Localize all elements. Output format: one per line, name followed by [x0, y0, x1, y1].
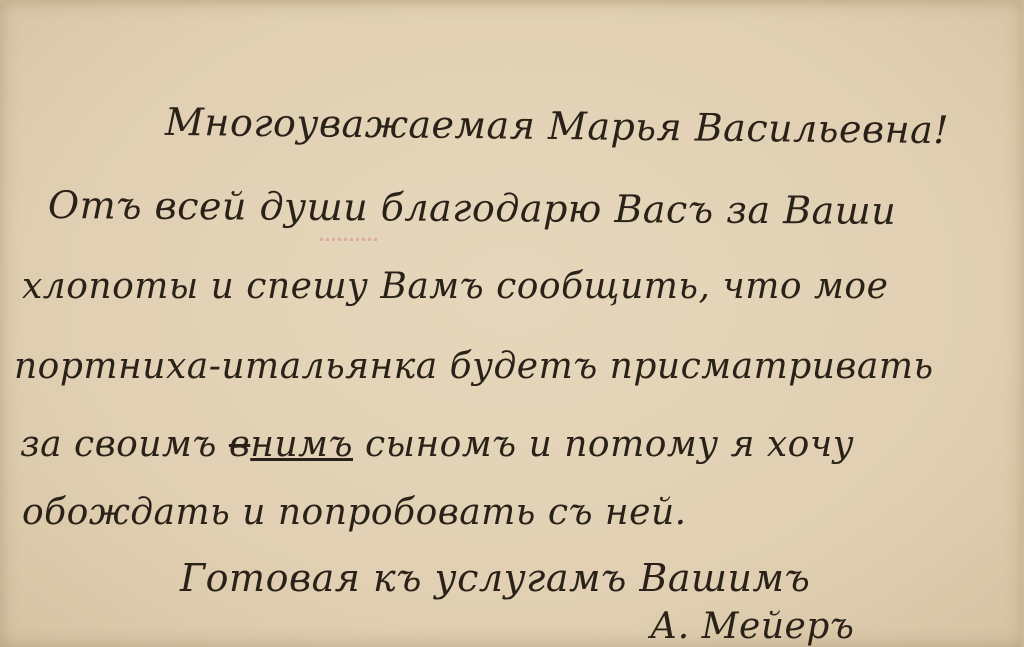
body-line-3: портниха-итальянка будетъ присматривать [14, 346, 934, 387]
salutation: Многоуважаемая Марья Васильевна! [165, 100, 949, 152]
paper-edge-top [0, 0, 1024, 6]
body-line-5: обождать и попробовать съ ней. [22, 492, 687, 533]
body-line-4-before: за своимъ [20, 424, 229, 465]
struck-out-letter: в [229, 424, 250, 465]
paper-edge-right [1019, 0, 1024, 647]
closing: Готовая къ услугамъ Вашимъ [180, 556, 810, 600]
signature: А. Мейеръ [650, 606, 854, 647]
body-line-1: Отъ всей души благодарю Васъ за Ваши [48, 183, 897, 233]
body-line-4-after: сыномъ и потому я хочу [353, 424, 854, 465]
underlined-word: нимъ [250, 424, 353, 465]
letter-paper: Многоуважаемая Марья Васильевна! Отъ все… [0, 0, 1024, 647]
body-line-4: за своимъ внимъ сыномъ и потому я хочу [20, 424, 854, 465]
body-line-2: хлопоты и спешу Вамъ сообщить, что мое [22, 266, 888, 307]
pink-ink-mark [320, 238, 380, 241]
